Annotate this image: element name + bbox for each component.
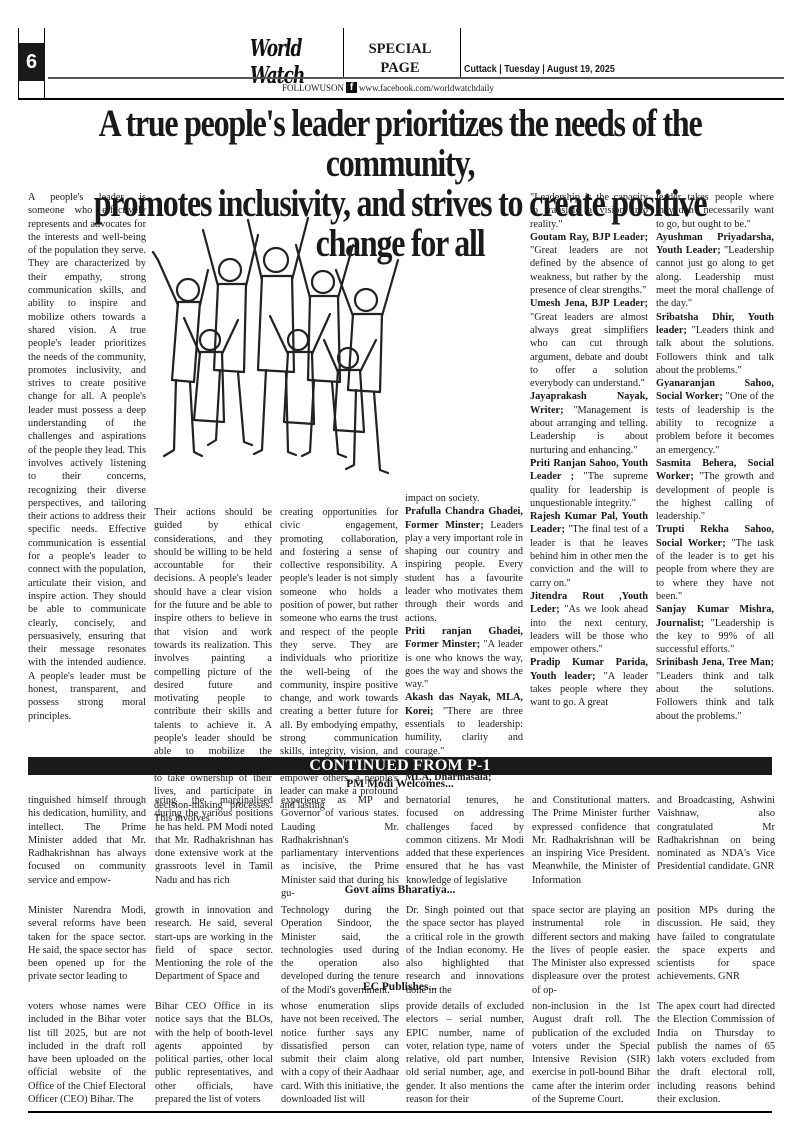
story-column: position MPs during the discussion. He s… — [657, 904, 775, 984]
quote-item: Rajesh Kumar Pal, Youth Leader; "The fin… — [530, 510, 648, 590]
quote-item: Akash das Nayak, MLA, Korei; "There are … — [405, 691, 523, 757]
quote-text: "Leaders think and talk about the soluti… — [656, 671, 774, 722]
article-text: leader takes people where they don't nec… — [656, 191, 774, 231]
quote-item: Priti Ranjan Sahoo, Youth Leader ; "The … — [530, 457, 648, 510]
story-column: provide details of excluded electors – s… — [406, 1000, 524, 1106]
quote-author: Umesh Jena, BJP Leader; — [530, 298, 648, 309]
newspaper-logo: World Watch — [250, 36, 348, 77]
story-column: ering the marginalised during the variou… — [155, 794, 273, 887]
quote-item: Umesh Jena, BJP Leader; "Great leaders a… — [530, 297, 648, 390]
article-text: A people's leader is someone who effecti… — [28, 191, 146, 723]
follow-us-bar: FOLLOWUSON f www.facebook.com/worldwatch… — [282, 82, 494, 93]
story-column: Minister Narendra Modi, several reforms … — [28, 904, 146, 984]
section-label-line: SPECIAL — [350, 40, 450, 59]
masthead-divider — [343, 28, 344, 78]
quotes-column-4: impact on society. Prafulla Chandra Ghad… — [405, 492, 523, 785]
quote-item: Jitendra Rout ,Youth Leder; "As we look … — [530, 590, 648, 656]
quote-author: Srinibash Jena, Tree Man; — [656, 657, 774, 668]
story-column: tinguished himself through his dedicatio… — [28, 794, 146, 887]
story-column: and Constitutional matters. The Prime Mi… — [532, 794, 650, 887]
quote-text: "Great leaders are almost always great s… — [530, 312, 648, 389]
story-column: and Broadcasting, Ashwini Vaishnaw, also… — [657, 794, 775, 874]
masthead-rule — [18, 98, 784, 100]
story-column: whose enumeration slips have not been re… — [281, 1000, 399, 1106]
page-number: 6 — [18, 43, 45, 81]
quote-item: Priti ranjan Ghadei, Former Minster; "A … — [405, 625, 523, 691]
story-title: EC Publishes... — [28, 981, 772, 993]
quote-item: Sanjay Kumar Mishra, Journalist; "Leader… — [656, 603, 774, 656]
quote-item: Trupti Rekha Sahoo, Social Worker; "The … — [656, 523, 774, 603]
crowd-illustration — [148, 190, 410, 500]
quote-item: Pradip Kumar Parida, Youth leader; "A le… — [530, 656, 648, 709]
quote-text: Leaders play a very important role in sh… — [405, 520, 523, 624]
bottom-rule — [28, 1111, 772, 1113]
headline-line: A true people's leader prioritizes the n… — [80, 104, 720, 184]
facebook-icon: f — [346, 82, 357, 93]
story-column: Bihar CEO Office in its notice says that… — [155, 1000, 273, 1106]
masthead-divider — [460, 28, 461, 78]
facebook-link[interactable]: www.facebook.com/worldwatchdaily — [359, 83, 494, 93]
quote-item: Jayaprakash Nayak, Writer; "Management i… — [530, 390, 648, 456]
story-title: Govt aims Bharatiya... — [28, 884, 772, 896]
quote-item: Srinibash Jena, Tree Man; "Leaders think… — [656, 656, 774, 722]
quote-item: Sasmita Behera, Social Worker; "The grow… — [656, 457, 774, 523]
quote-item: Ayushman Priyadarsha, Youth Leader; "Lea… — [656, 231, 774, 311]
article-text: "Leadership is the capacity to translate… — [530, 191, 648, 231]
article-column-1: A people's leader is someone who effecti… — [28, 191, 146, 723]
story-column: non-inclusion in the 1st August draft ro… — [532, 1000, 650, 1106]
dateline: Cuttack | Tuesday | August 19, 2025 — [464, 63, 615, 75]
quote-item: Sribatsha Dhir, Youth leader; "Leaders t… — [656, 311, 774, 377]
follow-label: FOLLOWUSON — [282, 83, 344, 93]
story-column: voters whose names were included in the … — [28, 1000, 146, 1106]
masthead-rule — [48, 77, 784, 79]
section-label-line: PAGE — [350, 59, 450, 78]
story-title: PM Modi Welcomes... — [28, 778, 772, 790]
story-column: growth in innovation and research. He sa… — [155, 904, 273, 984]
continued-banner: CONTINUED FROM P-1 — [28, 757, 772, 775]
article-text: impact on society. — [405, 492, 523, 505]
quotes-column-5: "Leadership is the capacity to translate… — [530, 191, 648, 710]
quote-item: Goutam Ray, BJP Leader; "Great leaders a… — [530, 231, 648, 297]
quotes-column-6: leader takes people where they don't nec… — [656, 191, 774, 723]
quote-author: Goutam Ray, BJP Leader; — [530, 232, 648, 243]
section-label: SPECIAL PAGE — [350, 40, 450, 78]
quote-item: Gyanaranjan Sahoo, Social Worker; "One o… — [656, 377, 774, 457]
story-column: bernatorial tenures, he focused on addre… — [406, 794, 524, 887]
quote-item: Prafulla Chandra Ghadei, Former Minster;… — [405, 505, 523, 625]
story-column: The apex court had directed the Election… — [657, 1000, 775, 1106]
quote-text: "Great leaders are not defined by the ab… — [530, 245, 648, 296]
